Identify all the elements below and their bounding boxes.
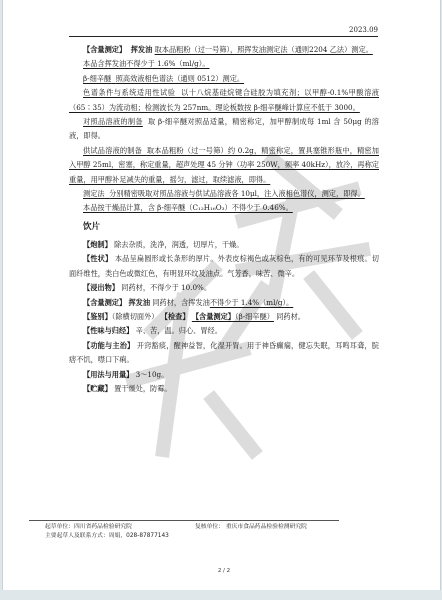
review-unit: 复核单位： 重庆市食品药品检验检测研究院: [195, 523, 307, 532]
drafting-unit: 起草单位：四川省药品检验研究院: [45, 523, 195, 532]
pieces-assay-paragraph: 【含量测定】 挥发油 同药材，含挥发油不得少于 1.4%（ml/g）。: [69, 296, 379, 310]
description-paragraph: 【性状】 本品呈扁圆形或长条形的厚片。外表皮棕褐色或灰棕色，有的可见环节及根痕。…: [69, 252, 379, 281]
document-body: 【含量测定】 挥发油 取本品粗粉（过一号筛），照挥发油测定法（通则2204 乙法…: [69, 43, 379, 396]
asarone-label: β-细辛醚: [83, 74, 111, 83]
reference-solution-paragraph: 对照品溶液的制备 取 β-细辛醚对照品适量，精密称定，加甲醇制成每 1ml 含 …: [69, 115, 379, 144]
asarone-method: 照高效液相色谱法（通则 0512）测定。: [116, 74, 244, 83]
determination-label: 测定法: [83, 189, 105, 198]
sample-solution-paragraph: 供试品溶液的制备 取本品粗粉（过一号筛）约 0.2g，精密称定，置具塞锥形瓶中，…: [69, 144, 379, 187]
reference-solution-label: 对照品溶液的制备: [83, 117, 143, 126]
section-title-pieces: 饮片: [83, 219, 379, 235]
asarone-method-paragraph: β-细辛醚 照高效液相色谱法（通则 0512）测定。: [69, 72, 379, 86]
nature-paragraph: 【性味与归经】 辛、苦，温。归心、胃经。: [69, 324, 379, 338]
extract-paragraph: 【浸出物】 同药材，不得少于 10.0%。: [69, 281, 379, 295]
processing-paragraph: 【炮制】 除去杂质，洗净，润透，切厚片，干燥。: [69, 238, 379, 252]
contact-info: 主要起草人及联系方式：周娟，028-87877143: [45, 532, 345, 541]
footer-divider: [29, 520, 339, 521]
asarone-limit: 本品按干燥品计算，含 β-细辛醚（C₁₂H₁₆O₃）不得少于 0.46%。: [69, 201, 379, 215]
identification-paragraph: 【鉴别】（除横切面外） 【检查】 【含量测定】（β-细辛醚） 同药材。: [69, 310, 379, 324]
determination-text: 分别精密吸取对照品溶液与供试品溶液各 10μl，注入液相色谱仪，测定，即得。: [109, 189, 365, 198]
chromatography-label: 色谱条件与系统适用性试验: [83, 88, 175, 97]
determination-paragraph: 测定法 分别精密吸取对照品溶液与供试品溶液各 10μl，注入液相色谱仪，测定，即…: [69, 187, 379, 201]
volatile-oil-text: 取本品粗粉（过一号筛），照挥发油测定法（通则: [155, 45, 310, 54]
chromatography-paragraph: 色谱条件与系统适用性试验 以十八烷基硅烷键合硅胶为填充剂；以甲醇-0.1%甲酸溶…: [69, 86, 379, 115]
page-number: 2 / 2: [3, 568, 441, 574]
document-page: 2023.09 【含量测定】 挥发油 取本品粗粉（过一号筛），照挥发油测定法（通…: [2, 0, 441, 590]
storage-paragraph: 【贮藏】 置干燥处，防霉。: [69, 382, 379, 396]
function-paragraph: 【功能与主治】 开窍豁痰，醒神益智，化湿开胃。用于神昏癫痫，健忘失眠，耳鸣耳聋，…: [69, 339, 379, 368]
dosage-paragraph: 【用法与用量】 3～10g。: [69, 368, 379, 382]
header-divider: [69, 36, 378, 37]
volatile-oil-label: 挥发油: [131, 45, 153, 54]
volatile-oil-limit: 本品含挥发油不得少于 1.6%（ml/g）。: [69, 57, 379, 71]
document-footer: 起草单位：四川省药品检验研究院 复核单位： 重庆市食品药品检验检测研究院 主要起…: [45, 523, 345, 541]
assay-label: 【含量测定】: [83, 45, 126, 54]
volatile-oil-text-cont: 2204 乙法）测定。: [309, 45, 373, 54]
assay-volatile-oil-paragraph: 【含量测定】 挥发油 取本品粗粉（过一号筛），照挥发油测定法（通则2204 乙法…: [69, 43, 379, 57]
document-date: 2023.09: [349, 26, 378, 34]
sample-solution-label: 供试品溶液的制备: [83, 146, 142, 155]
